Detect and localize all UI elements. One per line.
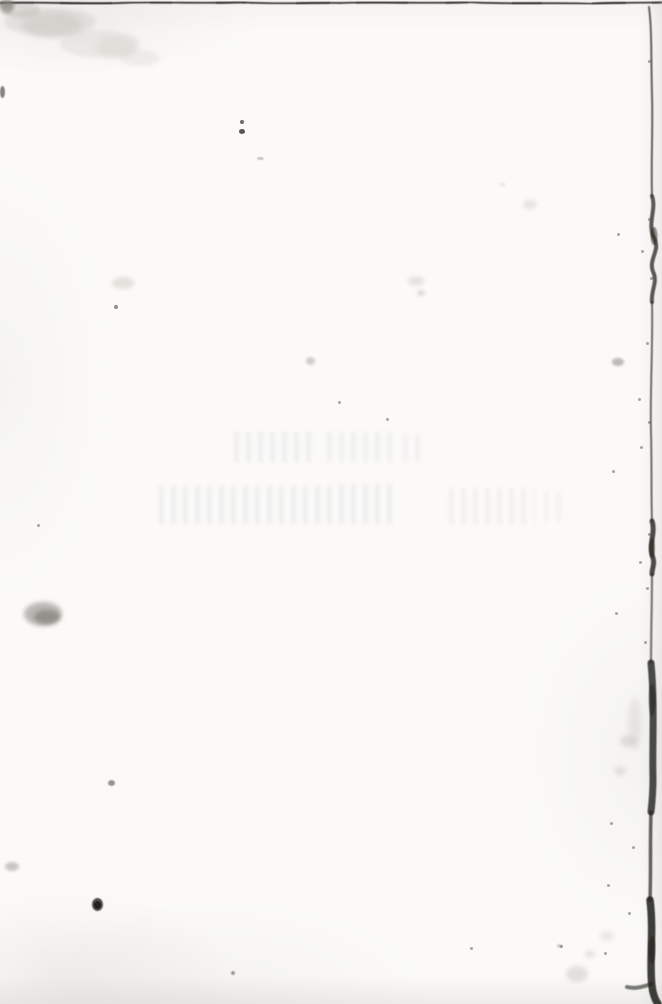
stain-spot: [114, 305, 118, 309]
stain-spot: [306, 357, 315, 365]
dust-speck: [638, 398, 641, 401]
dust-speck: [648, 533, 651, 536]
stain-spot: [523, 200, 537, 209]
dust-speck: [604, 952, 607, 955]
dust-speck: [617, 233, 620, 236]
stain-spot: [231, 971, 235, 975]
top-edge-dark-segments: [0, 2, 662, 4]
dust-speck: [610, 822, 613, 825]
stain-spot: [112, 277, 134, 289]
dust-speck: [628, 912, 631, 915]
ghost-text-line: [545, 492, 560, 522]
dust-speck: [607, 884, 610, 887]
stain-spot: [500, 183, 505, 186]
dust-speck: [386, 418, 389, 421]
dust-speck: [644, 641, 647, 644]
stain-spot: [94, 901, 101, 909]
stain-spot: [239, 129, 245, 134]
dust-speck: [470, 947, 473, 950]
top-scan-edge: [0, 2, 662, 4]
stain-spot: [0, 0, 14, 14]
dust-speck: [648, 60, 651, 63]
dust-speck: [37, 524, 40, 527]
ghost-text-line: [160, 486, 332, 524]
stain-spot: [408, 276, 424, 286]
dust-speck: [640, 446, 643, 449]
stain-spot: [257, 157, 264, 160]
dust-speck: [648, 421, 651, 424]
dust-speck: [338, 401, 341, 404]
dust-speck: [650, 277, 653, 280]
dust-speck: [646, 587, 649, 590]
stain-spot: [585, 950, 595, 958]
stain-spot: [612, 358, 624, 366]
dust-speck: [641, 250, 644, 253]
stain-spot: [108, 780, 115, 786]
stain-spot: [22, 12, 82, 38]
stain-spot: [620, 735, 636, 747]
dust-speck: [639, 561, 642, 564]
stain-spot: [96, 36, 136, 58]
ghost-text-line: [404, 434, 421, 462]
dust-speck: [648, 218, 651, 221]
ghost-text-line: [340, 484, 398, 524]
stain-spot: [566, 966, 588, 982]
dust-speck: [646, 342, 649, 345]
stain-spot: [600, 931, 614, 941]
dust-speck: [560, 945, 563, 948]
right-edge-knots: [649, 227, 658, 964]
stain-spot: [614, 766, 626, 776]
right-scan-edge: [627, 7, 658, 1004]
bottom-right-hook: [627, 984, 651, 988]
dust-speck: [632, 846, 635, 849]
ghost-text-line: [450, 488, 535, 524]
top-edge-line: [0, 2, 662, 4]
dust-speck: [612, 470, 615, 473]
scanned-page: [0, 0, 662, 1004]
stain-spot: [5, 862, 19, 871]
stain-spot: [34, 610, 60, 624]
stain-spot: [417, 290, 425, 296]
ghost-text-line: [235, 432, 312, 462]
top-left-smudge: [0, 0, 160, 66]
stain-spot: [0, 86, 5, 98]
ghost-text-line: [328, 432, 392, 462]
dust-speck: [615, 612, 618, 615]
stain-spot: [240, 120, 244, 124]
